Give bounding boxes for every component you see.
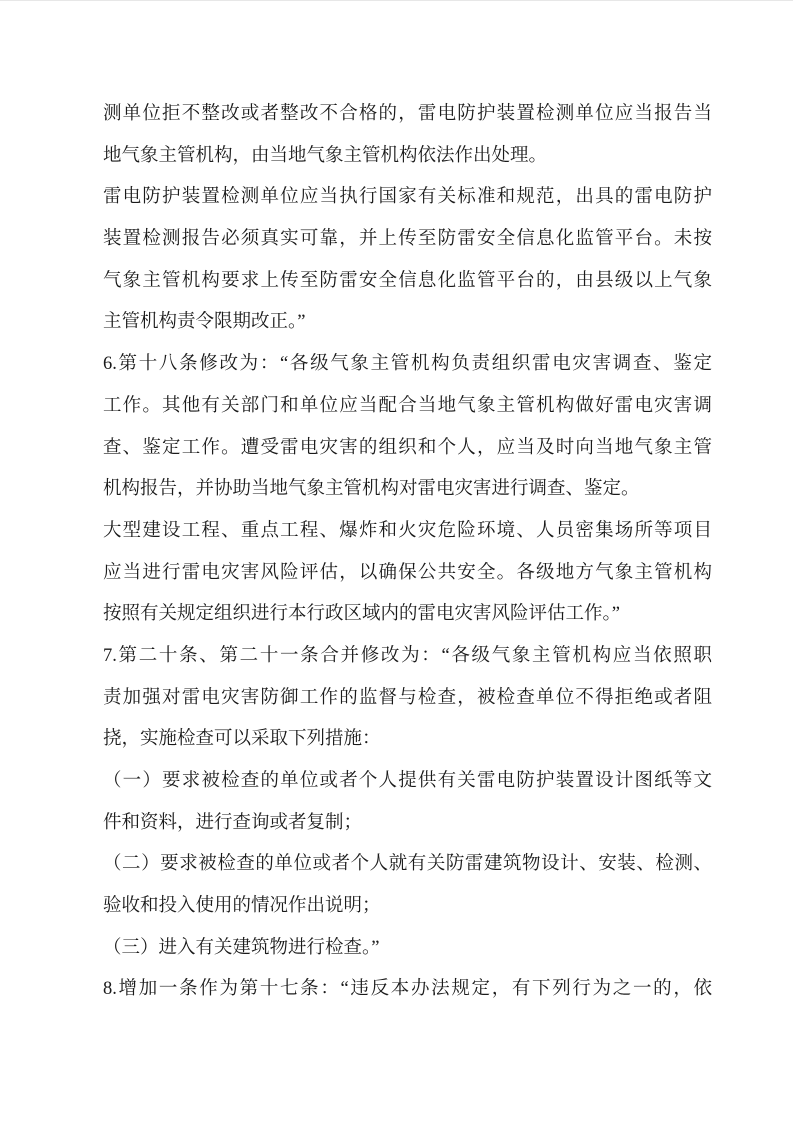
paragraph: （一）要求被检查的单位或者个人提供有关雷电防护装置设计图纸等文件和资料，进行查询… — [103, 761, 712, 844]
text-line: 气象主管机构要求上传至防雷安全信息化监管平台的，由县级以上气象 — [103, 261, 712, 303]
text-line: 大型建设工程、重点工程、爆炸和火灾危险环境、人员密集场所等项目 — [103, 511, 712, 553]
text-line: 件和资料，进行查询或者复制； — [103, 803, 712, 845]
text-line: 工作。其他有关部门和单位应当配合当地气象主管机构做好雷电灾害调 — [103, 386, 712, 428]
text-line: 7.第二十条、第二十一条合并修改为：“各级气象主管机构应当依照职 — [103, 636, 712, 678]
paragraph: （三）进入有关建筑物进行检查。” — [103, 928, 712, 970]
text-line: 责加强对雷电灾害防御工作的监督与检查，被检查单位不得拒绝或者阻 — [103, 678, 712, 720]
text-line: 8.增加一条作为第十七条：“违反本办法规定，有下列行为之一的，依 — [103, 969, 712, 1011]
text-line: 验收和投入使用的情况作出说明； — [103, 886, 712, 928]
text-line: 测单位拒不整改或者整改不合格的，雷电防护装置检测单位应当报告当 — [103, 94, 712, 136]
text-line: 查、鉴定工作。遭受雷电灾害的组织和个人，应当及时向当地气象主管 — [103, 428, 712, 470]
text-line: 按照有关规定组织进行本行政区域内的雷电灾害风险评估工作。” — [103, 594, 712, 636]
text-line: （二）要求被检查的单位或者个人就有关防雷建筑物设计、安装、检测、 — [103, 844, 712, 886]
document-text-block: 测单位拒不整改或者整改不合格的，雷电防护装置检测单位应当报告当地气象主管机构，由… — [103, 94, 712, 1011]
paragraph: 雷电防护装置检测单位应当执行国家有关标准和规范，出具的雷电防护装置检测报告必须真… — [103, 177, 712, 344]
text-line: 主管机构责令限期改正。” — [103, 302, 712, 344]
paragraph: 大型建设工程、重点工程、爆炸和火灾危险环境、人员密集场所等项目应当进行雷电灾害风… — [103, 511, 712, 636]
paragraph: 6.第十八条修改为：“各级气象主管机构负责组织雷电灾害调查、鉴定工作。其他有关部… — [103, 344, 712, 511]
paragraph: 测单位拒不整改或者整改不合格的，雷电防护装置检测单位应当报告当地气象主管机构，由… — [103, 94, 712, 177]
text-line: 地气象主管机构，由当地气象主管机构依法作出处理。 — [103, 136, 712, 178]
paragraph: （二）要求被检查的单位或者个人就有关防雷建筑物设计、安装、检测、验收和投入使用的… — [103, 844, 712, 927]
text-line: 机构报告，并协助当地气象主管机构对雷电灾害进行调查、鉴定。 — [103, 469, 712, 511]
text-line: （三）进入有关建筑物进行检查。” — [103, 928, 712, 970]
text-line: 应当进行雷电灾害风险评估，以确保公共安全。各级地方气象主管机构 — [103, 553, 712, 595]
text-line: 雷电防护装置检测单位应当执行国家有关标准和规范，出具的雷电防护 — [103, 177, 712, 219]
text-line: （一）要求被检查的单位或者个人提供有关雷电防护装置设计图纸等文 — [103, 761, 712, 803]
text-line: 装置检测报告必须真实可靠，并上传至防雷安全信息化监管平台。未按 — [103, 219, 712, 261]
document-page: 测单位拒不整改或者整改不合格的，雷电防护装置检测单位应当报告当地气象主管机构，由… — [0, 0, 793, 1122]
text-line: 挠，实施检查可以采取下列措施： — [103, 719, 712, 761]
paragraph: 7.第二十条、第二十一条合并修改为：“各级气象主管机构应当依照职责加强对雷电灾害… — [103, 636, 712, 761]
paragraph: 8.增加一条作为第十七条：“违反本办法规定，有下列行为之一的，依 — [103, 969, 712, 1011]
text-line: 6.第十八条修改为：“各级气象主管机构负责组织雷电灾害调查、鉴定 — [103, 344, 712, 386]
